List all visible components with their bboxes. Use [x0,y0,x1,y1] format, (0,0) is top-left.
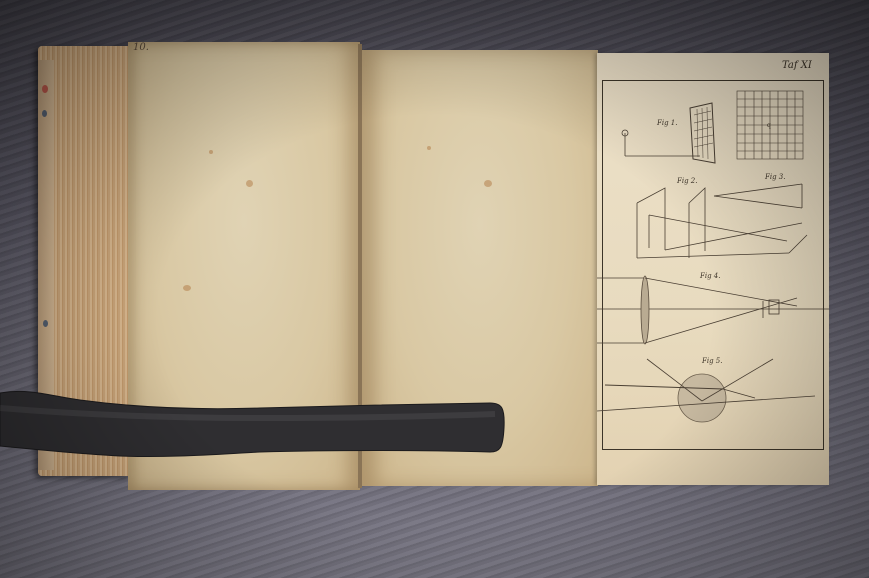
photo-vignette [0,0,869,578]
